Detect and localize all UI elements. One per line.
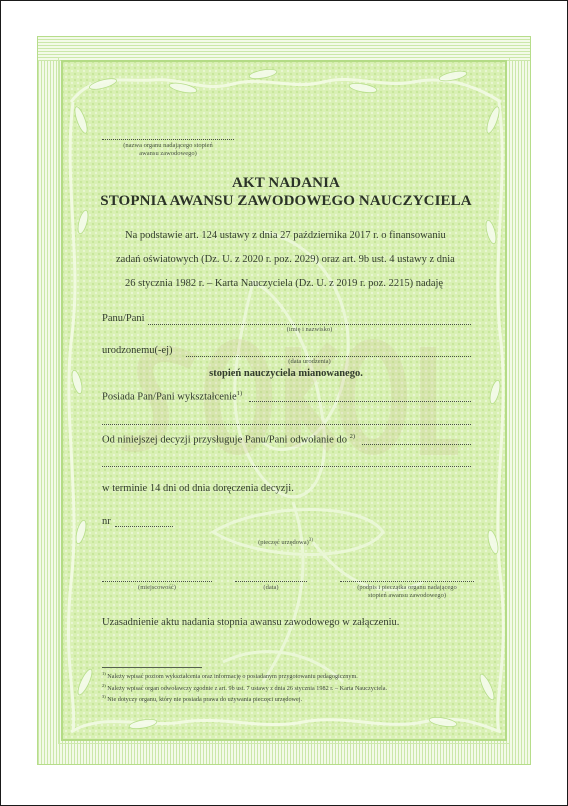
legal-basis-line-2: zadań oświatowych (Dz. U. z 2020 r. poz.… xyxy=(116,254,455,265)
place-field[interactable] xyxy=(102,581,212,582)
legal-basis-line-1: Na podstawie art. 124 ustawy z dnia 27 p… xyxy=(125,230,446,241)
date-field[interactable] xyxy=(235,581,307,582)
degree-granted: stopień nauczyciela mianowanego. xyxy=(63,368,507,379)
legal-basis-line-3: 26 stycznia 1982 r. – Karta Nauczyciela … xyxy=(125,278,443,289)
footnotes: 1) Należy wpisać poziom wykształcenia or… xyxy=(102,670,387,705)
appeal-field-line-2[interactable] xyxy=(102,466,471,467)
education-field-line-2[interactable] xyxy=(102,424,471,425)
footnote-divider xyxy=(102,667,202,668)
birth-date-field[interactable] xyxy=(186,356,471,357)
certificate-content: (nazwa organu nadającego stopień awansu … xyxy=(63,62,507,741)
recipient-name-field[interactable] xyxy=(148,324,471,325)
education-label: Posiada Pan/Pani wykształcenie1) xyxy=(102,390,242,403)
date-caption: (data) xyxy=(235,584,307,592)
justification-note: Uzasadnienie aktu nadania stopnia awansu… xyxy=(102,617,399,628)
title-line-2: STOPNIA AWANSU ZAWODOWEGO NAUCZYCIELA xyxy=(63,193,507,210)
appeal-deadline: w terminie 14 dni od dnia doręczenia dec… xyxy=(102,483,294,494)
number-field[interactable] xyxy=(115,526,173,527)
birth-caption: (data urodzenia) xyxy=(148,358,471,366)
signature-field[interactable] xyxy=(340,581,474,582)
education-field-line-1[interactable] xyxy=(249,401,471,402)
appeal-label: Od niniejszej decyzji przysługuje Panu/P… xyxy=(102,433,355,446)
seal-caption: (pieczęć urzędowa)3) xyxy=(213,537,358,547)
birth-label: urodzonemu(-ej) xyxy=(102,345,173,356)
recipient-label: Panu/Pani xyxy=(102,313,145,324)
certificate-panel: (nazwa organu nadającego stopień awansu … xyxy=(61,60,507,741)
title-line-1: AKT NADANIA xyxy=(63,175,507,192)
place-caption: (miejscowość) xyxy=(102,584,212,592)
issuer-name-field[interactable] xyxy=(102,139,234,140)
footnote-2: 2) Należy wpisać organ odwoławczy zgodni… xyxy=(102,682,387,694)
footnote-1: 1) Należy wpisać poziom wykształcenia or… xyxy=(102,670,387,682)
appeal-field-line-1[interactable] xyxy=(362,444,471,445)
number-label: nr xyxy=(102,516,111,527)
signature-caption: (podpis i pieczątka organu nadającego st… xyxy=(333,584,481,600)
footnote-3: 3) Nie dotyczy organu, który nie posiada… xyxy=(102,693,387,705)
issuer-caption: (nazwa organu nadającego stopień awansu … xyxy=(102,142,234,158)
recipient-caption: (imię i nazwisko) xyxy=(148,326,471,334)
